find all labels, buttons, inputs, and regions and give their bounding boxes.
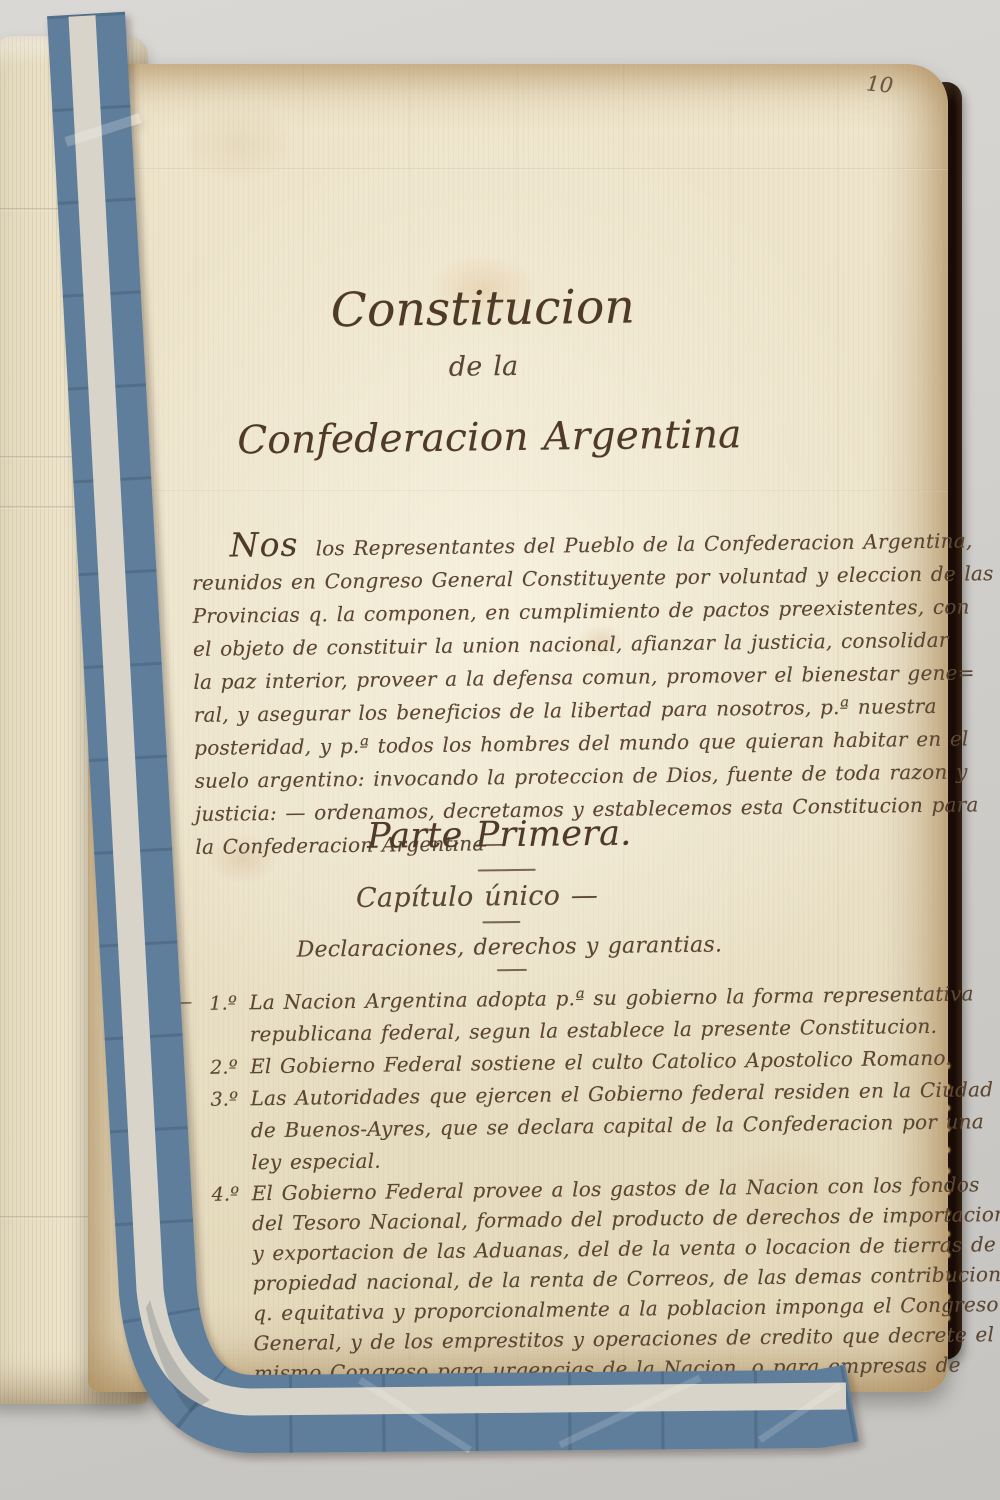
article-number: 4.º (212, 1179, 240, 1209)
chapter-heading: Capítulo único — (356, 880, 598, 914)
articles-list: 1.º La Nacion Argentina adopta p.ª su go… (249, 977, 1000, 1388)
heading-rule (478, 869, 536, 872)
article-number: 2.º (210, 1051, 238, 1083)
article-3: 3.º Las Autoridades que ejercen el Gobie… (250, 1073, 1000, 1178)
document-title-subject: Confederacion Argentina (84, 410, 894, 465)
document-title: Constitucion (83, 276, 884, 341)
article-number: 1.º (209, 987, 237, 1019)
heading-rule (482, 921, 520, 923)
margin-note: o — (153, 991, 192, 1013)
document-title-connector: de la (83, 346, 883, 387)
handwritten-content: 10 Constitucion de la Confederacion Arge… (80, 58, 956, 1396)
page-number: 10 (865, 71, 894, 97)
heading-rule (497, 969, 527, 971)
article-4: 4.º El Gobierno Federal provee a los gas… (251, 1169, 1000, 1388)
section-heading: Declaraciones, derechos y garantias. (297, 932, 723, 962)
article-number: 3.º (210, 1083, 238, 1115)
preamble-line-text: los Representantes del Pueblo de la Conf… (315, 528, 972, 560)
manuscript-page: 10 Constitucion de la Confederacion Arge… (88, 64, 948, 1392)
article-1: 1.º La Nacion Argentina adopta p.ª su go… (249, 977, 1000, 1050)
photograph-of-manuscript: 10 Constitucion de la Confederacion Arge… (0, 0, 1000, 1500)
preamble-initial-word: Nos (230, 525, 299, 565)
